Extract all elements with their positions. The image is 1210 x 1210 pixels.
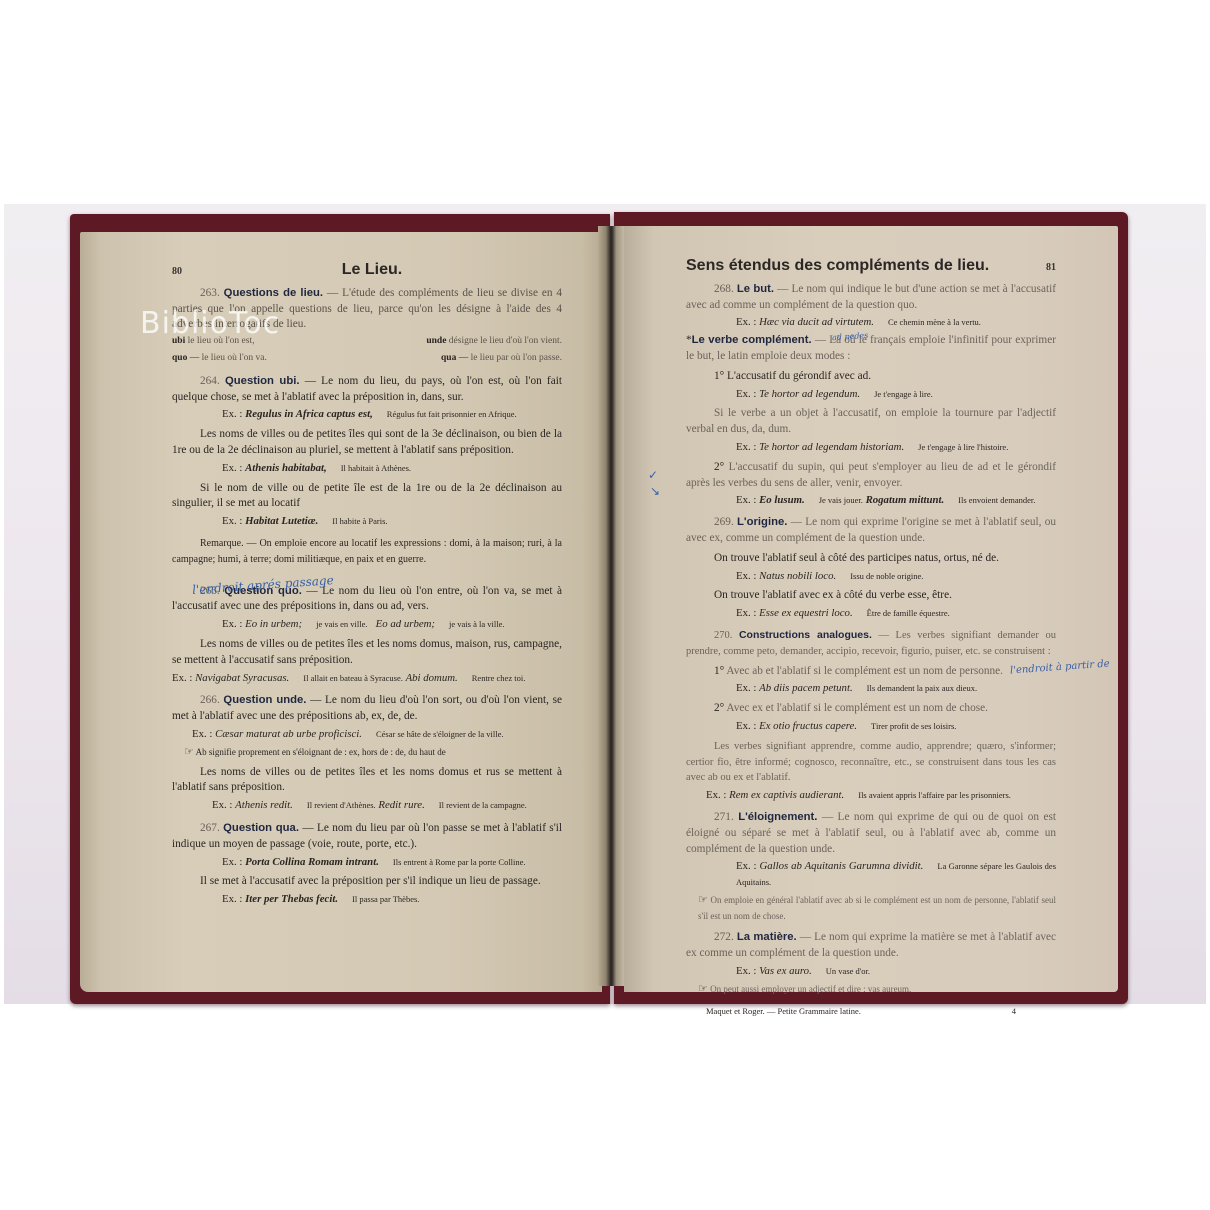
section-title: Constructions analogues. (739, 629, 872, 641)
page-footer: Maquet et Roger. — Petite Grammaire lati… (686, 1004, 1056, 1020)
paragraph: Il se met à l'accusatif avec la préposit… (172, 874, 562, 890)
example: Ex. : Te hortor ad legendum.Je t'engage … (686, 387, 1056, 403)
list-item: 2° L'accusatif du supin, qui peut s'empl… (686, 460, 1056, 492)
right-page: Sens étendus des compléments de lieu. 81… (624, 226, 1118, 992)
section-272: 272. La matière. — Le nom qui exprime la… (686, 930, 1056, 962)
remark: Remarque. — On emploie encore au locatif… (172, 536, 562, 568)
running-head: 80 Le Lieu. (172, 262, 562, 280)
example: Ex. : Ex otio fructus capere.Tirer profi… (686, 719, 1056, 735)
section-title: Le verbe complément. (692, 334, 812, 346)
example: Ex. : Rem ex captivis audierant.Ils avai… (686, 788, 1056, 804)
list-item: On trouve l'ablatif avec ex à côté du ve… (686, 588, 1056, 604)
list-item: Les verbes signifiant apprendre, comme a… (686, 739, 1056, 786)
example: Ex. : Cæsar maturat ab urbe proficisci.C… (172, 727, 562, 743)
list-item: On trouve l'ablatif seul à côté des part… (686, 551, 1056, 567)
page-number: 81 (1046, 260, 1056, 276)
footer-signature: 4 (1012, 1004, 1016, 1020)
note: ☞ On peut aussi employer un adjectif et … (686, 982, 1056, 998)
list-item: Si le verbe a un objet à l'accusatif, on… (686, 406, 1056, 438)
section-title: L'origine. (737, 516, 787, 528)
example: Ex. : Hæc via ducit ad virtutem.Ce chemi… (686, 315, 1056, 331)
section-title: Questions de lieu. (224, 287, 323, 299)
example: Ex. : Regulus in Africa captus est,Régul… (172, 407, 562, 423)
paragraph: Les noms de villes ou de petites îles qu… (172, 427, 562, 459)
example: Ex. : Porta Collina Romam intrant.Ils en… (172, 855, 562, 871)
example: Ex. : Gallos ab Aquitanis Garumna dividi… (686, 859, 1056, 891)
footer-publisher: Maquet et Roger. — Petite Grammaire lati… (706, 1004, 861, 1020)
list-item: 1° L'accusatif du gérondif avec ad. (686, 369, 1056, 385)
section-266: 266. Question unde. — Le nom du lieu d'o… (172, 693, 562, 725)
example: Ex. : Eo lusum.Je vais jouer. Rogatum mi… (686, 493, 1056, 509)
section-271: 271. L'éloignement. — Le nom qui exprime… (686, 810, 1056, 857)
example: Ex. : Natus nobili loco.Issu de noble or… (686, 569, 1056, 585)
example: Ex. : Athenis habitabat,Il habitait à At… (172, 461, 562, 477)
running-title: Sens étendus des compléments de lieu. (686, 258, 989, 274)
example: Ex. : Navigabat Syracusas.Il allait en b… (172, 671, 562, 687)
running-title: Le Lieu. (182, 262, 562, 278)
book-spine-gutter (598, 226, 624, 986)
section-verbe-complement: *Le verbe complément. — Là où le françai… (686, 333, 1056, 365)
pointing-hand-icon: ☞ (698, 983, 708, 995)
note: ☞ Ab signifie proprement en s'éloignant … (172, 745, 562, 761)
section-title: La matière. (737, 931, 797, 943)
section-title: Le but. (737, 283, 774, 295)
watermark-logo: BiblioToc (140, 306, 280, 341)
list-item: 1° Avec ab et l'ablatif si le complément… (686, 664, 1056, 680)
pointing-hand-icon: ☞ (698, 894, 708, 906)
section-title: Question ubi. (225, 375, 300, 387)
paragraph: Les noms de villes ou de petites îles et… (172, 765, 562, 797)
example: Ex. : Ab diis pacem petunt.Ils demandent… (686, 681, 1056, 697)
section-264: 264. Question ubi. — Le nom du lieu, du … (172, 374, 562, 406)
pointing-hand-icon: ☞ (184, 746, 194, 758)
example: Ex. : Te hortor ad legendam historiam.Je… (686, 440, 1056, 456)
example: Ex. : Habitat Lutetiæ.Il habite à Paris. (172, 514, 562, 530)
section-269: 269. L'origine. — Le nom qui exprime l'o… (686, 515, 1056, 547)
section-267: 267. Question qua. — Le nom du lieu par … (172, 821, 562, 853)
section-title: L'éloignement. (738, 811, 817, 823)
section-270: 270. Constructions analogues. — Les verb… (686, 628, 1056, 660)
example: Ex. : Eo in urbem;je vais en ville. Eo a… (172, 617, 562, 633)
adverb-row: quo — le lieu où l'on va. qua — le lieu … (172, 351, 562, 367)
note: ☞ On emploie en général l'ablatif avec a… (686, 893, 1056, 925)
running-head: Sens étendus des compléments de lieu. 81 (686, 258, 1056, 276)
section-title: Question unde. (223, 694, 306, 706)
pen-mark: ↘ (650, 484, 660, 499)
example: Ex. : Iter per Thebas fecit.Il passa par… (172, 892, 562, 908)
example: Ex. : Esse ex equestri loco.Être de fami… (686, 606, 1056, 622)
section-title: Question qua. (223, 822, 299, 834)
pen-mark: ✓ (648, 468, 658, 483)
example: Ex. : Athenis redit.Il revient d'Athènes… (172, 798, 562, 814)
page-number: 80 (172, 264, 182, 280)
paragraph: Si le nom de ville ou de petite île est … (172, 481, 562, 513)
paragraph: Les noms de villes ou de petites îles et… (172, 637, 562, 669)
example: Ex. : Vas ex auro.Un vase d'or. (686, 964, 1056, 980)
right-page-content: Sens étendus des compléments de lieu. 81… (686, 258, 1056, 1019)
left-page: 80 Le Lieu. 263. Questions de lieu. — L'… (80, 232, 602, 992)
section-268: 268. Le but. — Le nom qui indique le but… (686, 282, 1056, 314)
list-item: 2° Avec ex et l'ablatif si le complément… (686, 701, 1056, 717)
